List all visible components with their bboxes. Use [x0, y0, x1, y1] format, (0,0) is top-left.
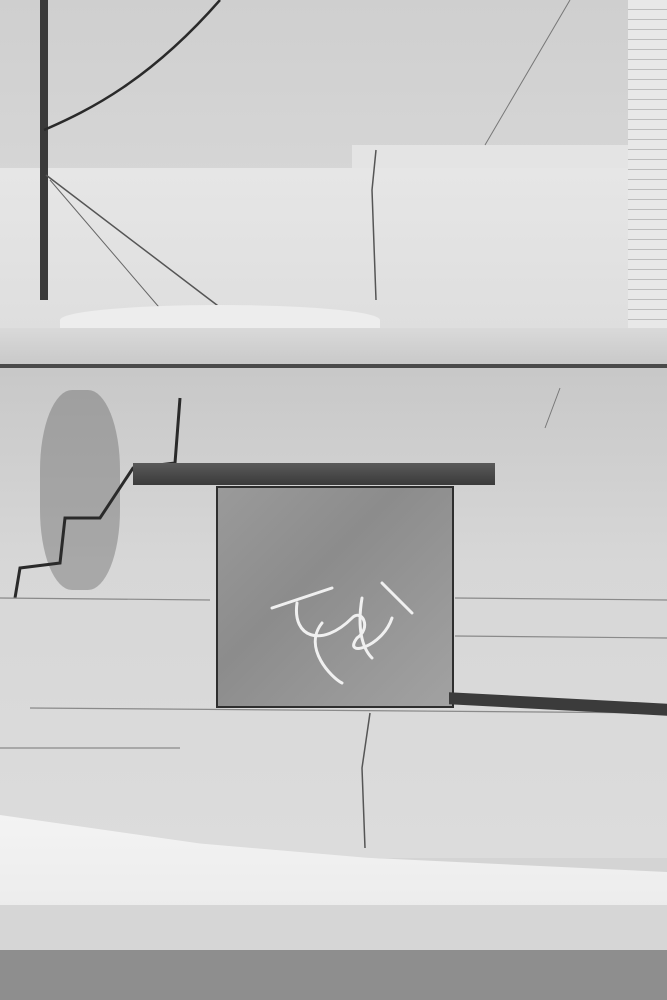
photo-scene: [0, 0, 667, 1000]
steel-lintel: [133, 463, 495, 485]
cables: [0, 0, 667, 340]
parapet-cap: [0, 328, 667, 369]
street: [0, 950, 667, 1000]
concrete-curb: [0, 905, 667, 950]
graffiti-tag: [262, 578, 422, 688]
